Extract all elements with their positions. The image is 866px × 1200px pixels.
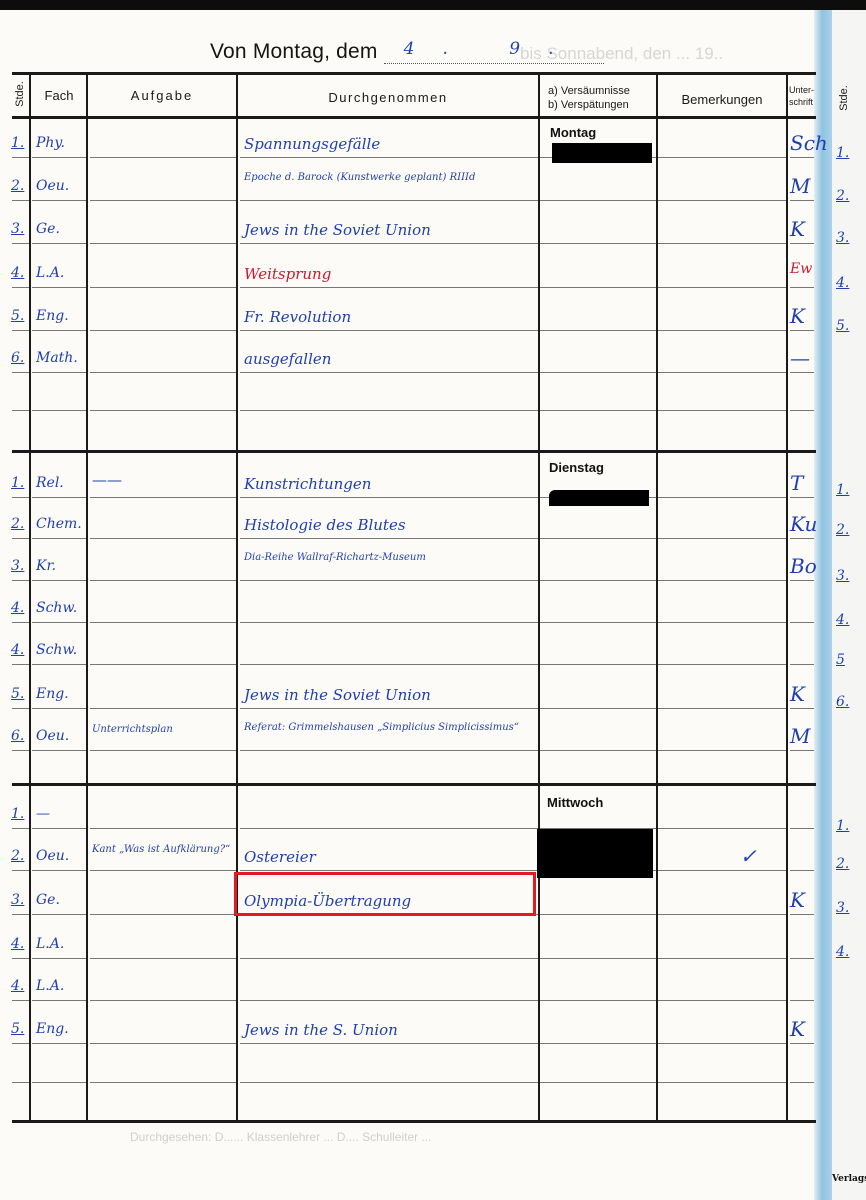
row-rule [12,497,29,498]
header-aufgabe: Aufgabe [88,88,236,103]
row-rule [32,870,86,871]
header-durchgenommen: Durchgenommen [238,90,538,105]
row-rule [790,664,814,665]
right-page-row-number: 2. [836,522,849,538]
row-signature: Sch [790,131,828,155]
row-signature: Ew [790,261,812,277]
row-rule [12,828,29,829]
date-value: 4. 9. [404,39,582,59]
row-rule [90,287,236,288]
row-fach: Schw. [36,600,77,616]
book-binding [814,10,832,1200]
row-signature: K [790,682,805,706]
row-durchgenommen: Weitsprung [244,265,534,283]
row-rule [540,1082,656,1083]
row-stunde: 1. [11,135,24,151]
header-fach: Fach [32,88,86,103]
row-durchgenommen: Jews in the S. Union [244,1021,534,1039]
row-stunde: 3. [11,221,24,237]
header-bottom-rule [12,116,816,119]
day-label-montag: Montag [550,125,596,140]
top-edge [0,0,866,10]
row-rule [790,870,814,871]
right-page-row-number: 3. [836,230,849,246]
row-signature: M [790,174,810,198]
row-rule [658,622,786,623]
highlight-box-olympia[interactable] [234,872,536,916]
row-rule [32,1043,86,1044]
right-page-row-number: 1. [836,482,849,498]
row-rule [540,664,656,665]
row-stunde: 6. [11,728,24,744]
row-rule [90,330,236,331]
row-durchgenommen: ausgefallen [244,350,534,368]
row-rule [12,958,29,959]
right-page-row-number: 3. [836,568,849,584]
row-fach: Phy. [36,135,65,151]
row-rule [790,243,814,244]
row-rule [540,287,656,288]
row-rule [658,157,786,158]
row-rule [90,200,236,201]
row-fach: Schw. [36,642,77,658]
row-rule [32,580,86,581]
row-rule [12,330,29,331]
row-durchgenommen: Jews in the Soviet Union [244,686,534,704]
row-rule [32,664,86,665]
row-rule [12,410,29,411]
row-durchgenommen: Jews in the Soviet Union [244,221,534,239]
right-page-row-number: 2. [836,856,849,872]
row-signature: K [790,217,805,241]
col-divider-bemerkungen [786,75,788,1120]
row-stunde: 4. [11,936,24,952]
row-durchgenommen: Ostereier [244,848,534,866]
col-divider-fach [86,75,88,1120]
row-rule [658,1000,786,1001]
row-rule [240,200,538,201]
row-rule [240,287,538,288]
row-stunde: 1. [11,475,24,491]
header-versaeumnisse: a) Versäumnisse b) Verspätungen [548,84,630,112]
row-rule [32,828,86,829]
row-rule [12,870,29,871]
row-rule [658,870,786,871]
row-stunde: 3. [11,892,24,908]
row-rule [658,958,786,959]
row-rule [12,580,29,581]
row-rule [12,157,29,158]
row-rule [12,1082,29,1083]
row-rule [658,914,786,915]
row-rule [540,243,656,244]
row-stunde: 4. [11,265,24,281]
row-rule [12,1000,29,1001]
redaction-mittwoch [537,829,653,878]
row-rule [540,622,656,623]
right-page-row-number: 1. [836,145,849,161]
header-unterschrift: Unter-schrift [789,84,815,108]
row-signature: ✓ [740,844,757,868]
row-rule [32,287,86,288]
row-rule [90,750,236,751]
row-stunde: 4. [11,978,24,994]
row-rule [90,958,236,959]
row-rule [540,372,656,373]
row-fach: Chem. [36,516,82,532]
row-rule [790,497,814,498]
row-rule [658,410,786,411]
row-rule [240,750,538,751]
row-rule [90,497,236,498]
row-rule [90,708,236,709]
row-rule [790,538,814,539]
row-rule [240,708,538,709]
row-rule [90,580,236,581]
row-rule [790,287,814,288]
row-fach: Kr. [36,558,56,574]
row-rule [540,958,656,959]
row-fach: L.A. [36,978,64,994]
row-rule [240,664,538,665]
row-rule [32,750,86,751]
row-rule [32,958,86,959]
row-rule [32,1000,86,1001]
row-aufgabe: Unterrichtsplan [92,724,232,735]
row-rule [790,1000,814,1001]
row-fach: Ge. [36,892,60,908]
row-rule [32,708,86,709]
row-durchgenommen: Histologie des Blutes [244,516,534,534]
row-fach: Ge. [36,221,60,237]
row-rule [790,914,814,915]
right-page-row-number: 4. [836,275,849,291]
row-fach: — [36,806,50,822]
row-rule [90,914,236,915]
row-rule [240,1082,538,1083]
row-rule [540,1000,656,1001]
row-rule [32,200,86,201]
row-stunde: 4. [11,600,24,616]
row-rule [32,1082,86,1083]
row-fach: Oeu. [36,848,69,864]
row-rule [90,538,236,539]
right-page-row-number: 2. [836,188,849,204]
row-rule [12,622,29,623]
row-rule [790,330,814,331]
row-rule [540,750,656,751]
row-durchgenommen: Epoche d. Barock (Kunstwerke geplant) RI… [244,172,534,184]
row-fach: L.A. [36,936,64,952]
row-rule [240,538,538,539]
row-signature: T [790,471,803,495]
row-rule [32,157,86,158]
row-rule [540,580,656,581]
right-page-row-number: 6. [836,694,849,710]
row-rule [12,200,29,201]
date-field: 4. 9. [384,43,604,64]
row-stunde: 6. [11,350,24,366]
row-fach: Eng. [36,686,69,702]
row-fach: L.A. [36,265,64,281]
row-rule [658,708,786,709]
row-rule [790,372,814,373]
row-stunde: 5. [11,686,24,702]
row-rule [32,372,86,373]
row-rule [658,538,786,539]
tuesday-end-rule [12,783,816,786]
row-rule [240,330,538,331]
row-rule [240,1000,538,1001]
row-rule [658,200,786,201]
redaction-montag [552,143,652,163]
row-rule [90,1043,236,1044]
wednesday-end-rule [12,1120,816,1123]
row-rule [658,1082,786,1083]
row-stunde: 5. [11,308,24,324]
row-rule [790,1082,814,1083]
row-durchgenommen: Kunstrichtungen [244,475,534,493]
row-rule [32,914,86,915]
row-rule [658,243,786,244]
row-rule [790,1043,814,1044]
row-rule [790,750,814,751]
row-rule [540,708,656,709]
row-rule [12,372,29,373]
page-title: Von Montag, dem 4. 9. [210,40,604,64]
row-rule [90,870,236,871]
row-rule [12,287,29,288]
row-rule [240,1043,538,1044]
row-signature: M [790,724,810,748]
row-rule [240,580,538,581]
row-signature: Bo [790,554,817,578]
row-rule [658,497,786,498]
right-page-header-stunde: Stde. [838,80,850,116]
right-page-row-number: 1. [836,818,849,834]
row-rule [12,243,29,244]
row-fach: Eng. [36,1021,69,1037]
row-rule [790,708,814,709]
row-rule [32,497,86,498]
row-stunde: 5. [11,1021,24,1037]
row-rule [240,157,538,158]
row-rule [658,750,786,751]
row-rule [32,330,86,331]
row-rule [658,1043,786,1044]
right-page-row-number: 4. [836,944,849,960]
day-label-mittwoch: Mittwoch [547,795,603,810]
row-fach: Oeu. [36,178,69,194]
row-durchgenommen: Dia-Reihe Wallraf-Richartz-Museum [244,552,534,564]
row-rule [32,622,86,623]
redaction-dienstag [549,490,649,506]
row-rule [90,622,236,623]
row-rule [790,580,814,581]
row-rule [240,828,538,829]
col-divider-versaeumnisse [656,75,658,1120]
row-rule [658,330,786,331]
row-rule [240,372,538,373]
row-rule [540,538,656,539]
header-versaeumnisse-a: a) Versäumnisse [548,84,630,98]
right-page-row-number: 3. [836,900,849,916]
right-page-row-number: 4. [836,612,849,628]
row-signature: Ku [790,512,817,536]
row-rule [658,664,786,665]
row-aufgabe: —— [92,475,232,486]
row-rule [12,538,29,539]
row-rule [790,157,814,158]
row-rule [790,958,814,959]
row-stunde: 1. [11,806,24,822]
row-rule [90,1082,236,1083]
row-durchgenommen: Fr. Revolution [244,308,534,326]
row-rule [90,243,236,244]
row-rule [90,828,236,829]
row-rule [12,750,29,751]
row-stunde: 2. [11,516,24,532]
row-rule [90,410,236,411]
col-divider-aufgabe [236,75,238,1120]
row-rule [32,538,86,539]
row-rule [240,958,538,959]
row-rule [658,580,786,581]
row-stunde: 3. [11,558,24,574]
row-fach: Oeu. [36,728,69,744]
row-rule [540,1043,656,1044]
row-signature: K [790,304,805,328]
row-rule [90,157,236,158]
row-rule [32,410,86,411]
row-rule [240,410,538,411]
right-page-row-number: 5 [836,652,845,668]
col-divider-stunde [29,75,31,1120]
row-rule [90,1000,236,1001]
monday-end-rule [12,450,816,453]
row-rule [240,870,538,871]
day-label-dienstag: Dienstag [549,460,604,475]
row-signature: K [790,888,805,912]
row-rule [240,243,538,244]
header-stunde: Stde. [14,76,26,112]
row-fach: Eng. [36,308,69,324]
row-rule [790,622,814,623]
row-durchgenommen: Spannungsgefälle [244,135,534,153]
footer-bleed-through: Durchgesehen: D...... Klassenlehrer ... … [130,1130,431,1144]
col-divider-durchgenommen [538,75,540,1120]
row-rule [12,1043,29,1044]
row-stunde: 2. [11,848,24,864]
row-signature: K [790,1017,805,1041]
row-rule [540,330,656,331]
right-page-row-number: 5. [836,318,849,334]
row-rule [12,914,29,915]
row-aufgabe: Kant „Was ist Aufklärung?“ [92,844,232,855]
row-rule [790,410,814,411]
row-rule [12,708,29,709]
row-rule [90,664,236,665]
row-rule [658,372,786,373]
row-fach: Rel. [36,475,64,491]
row-rule [240,497,538,498]
header-bemerkungen: Bemerkungen [658,92,786,107]
row-rule [540,410,656,411]
row-rule [12,664,29,665]
header-versaeumnisse-b: b) Verspätungen [548,98,630,112]
row-fach: Math. [36,350,78,366]
row-rule [32,243,86,244]
title-prefix: Von Montag, dem [210,40,378,63]
row-rule [240,622,538,623]
publisher-imprint: Verlags [832,1174,866,1184]
row-rule [790,828,814,829]
row-stunde: 2. [11,178,24,194]
row-signature: — [790,346,810,370]
row-durchgenommen: Referat: Grimmelshausen „Simplicius Simp… [244,722,534,734]
row-rule [790,200,814,201]
row-rule [658,828,786,829]
row-stunde: 4. [11,642,24,658]
row-rule [540,200,656,201]
row-rule [90,372,236,373]
table-top-rule [12,72,816,75]
row-rule [540,914,656,915]
row-rule [658,287,786,288]
